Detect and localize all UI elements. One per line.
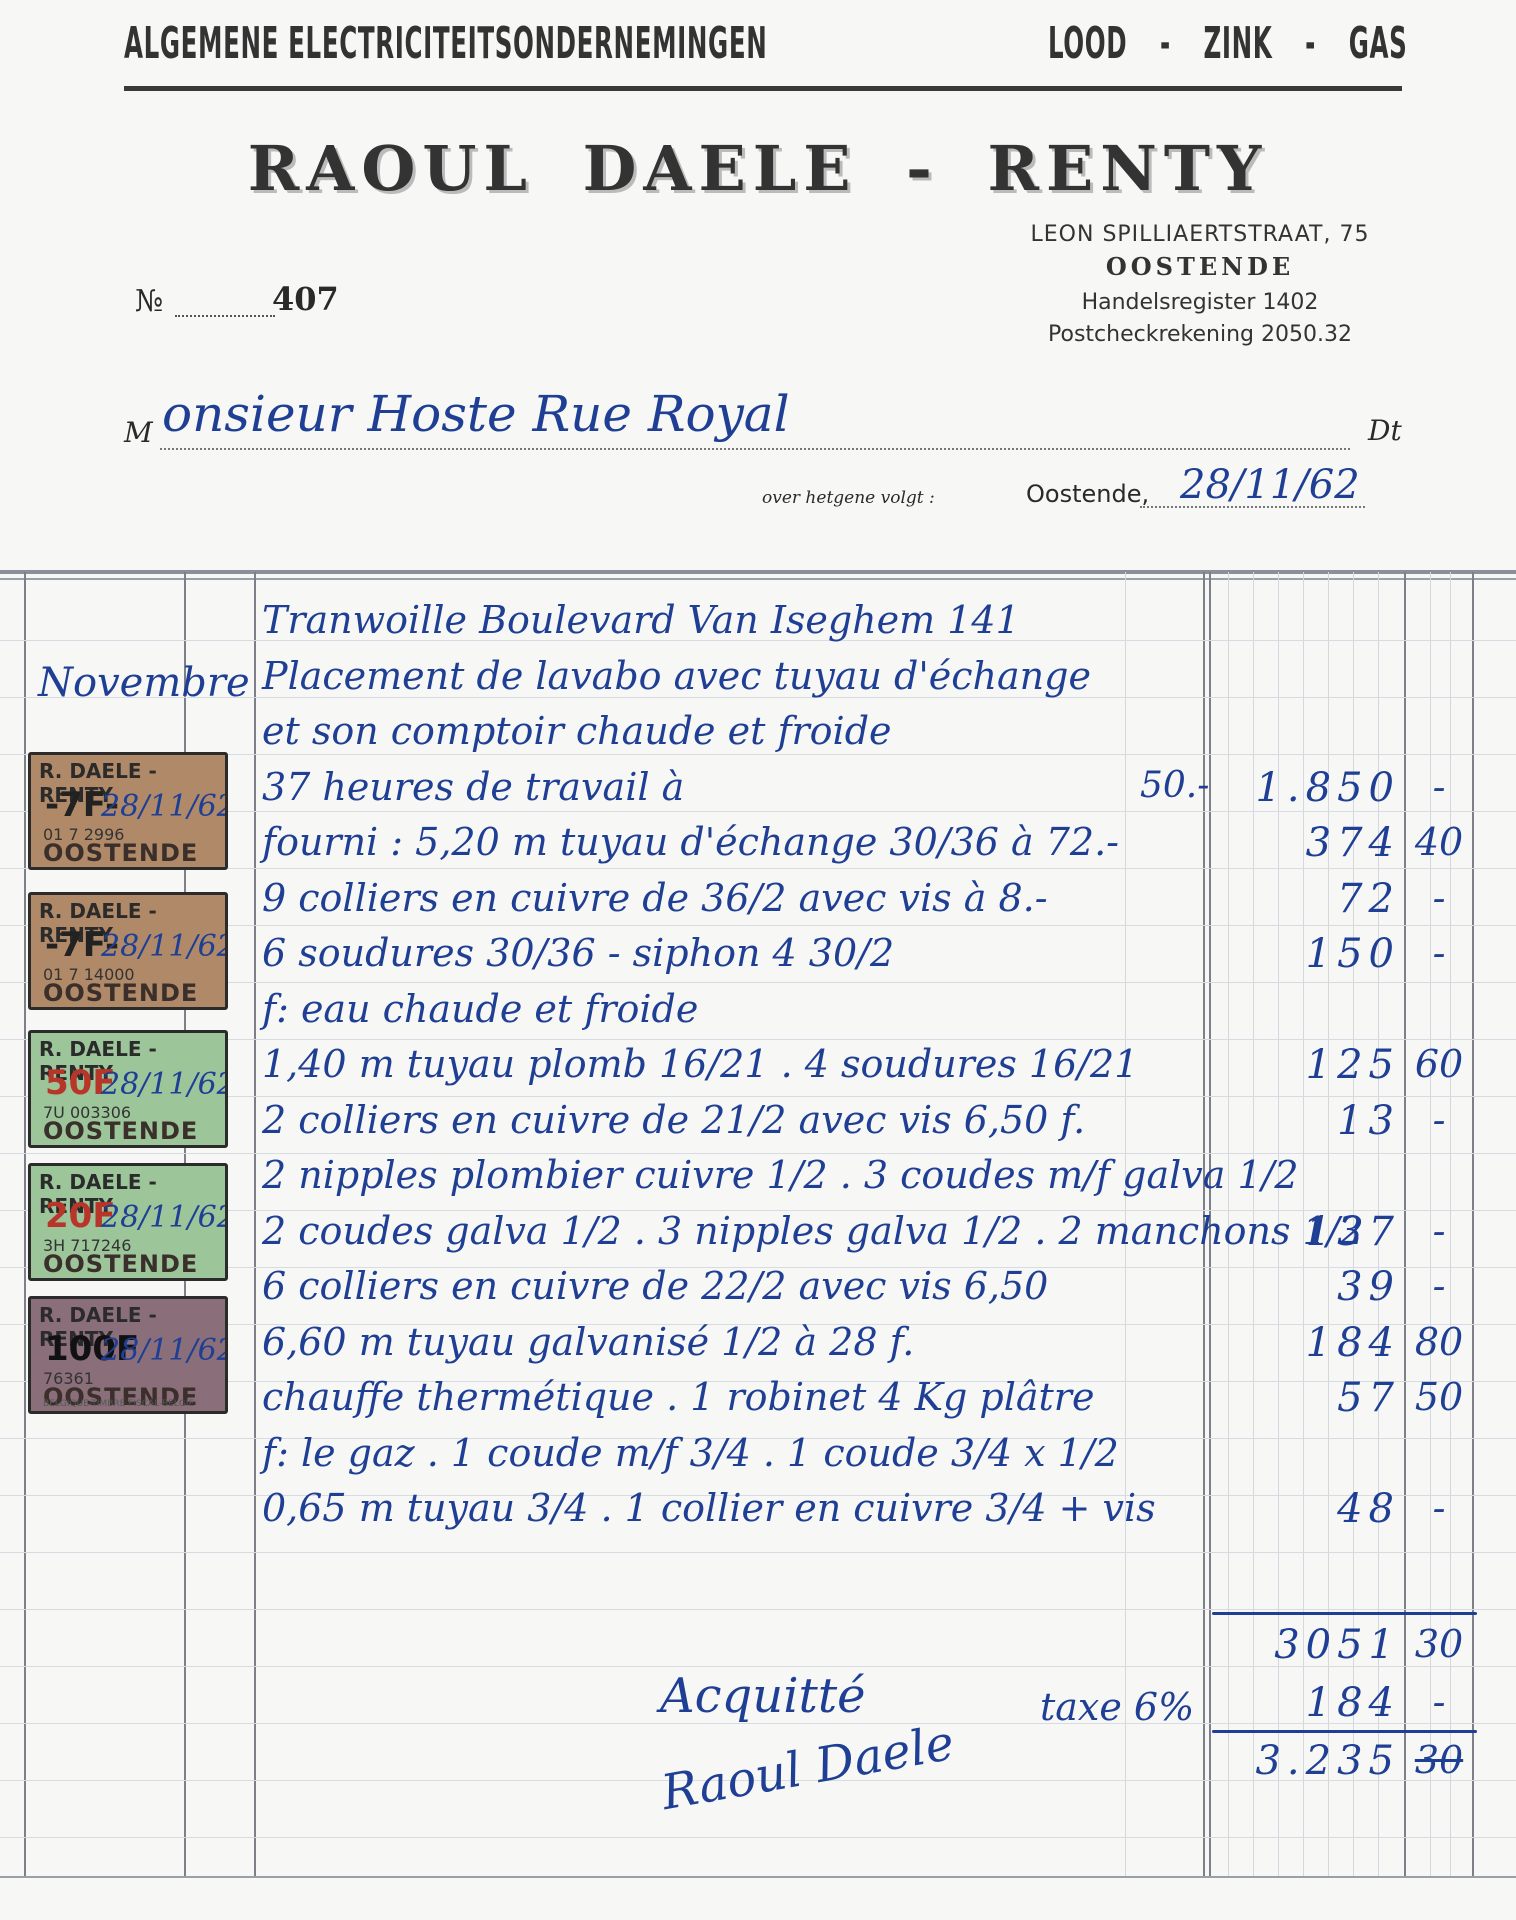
trade-heading-right: LOOD - ZINK - GAS <box>1048 18 1407 69</box>
table-bottom-rule <box>0 1876 1516 1878</box>
recipient-name: onsieur Hoste Rue Royal <box>162 385 790 443</box>
line-item-description: 2 coudes galva 1/2 . 3 nipples galva 1/2… <box>262 1209 1364 1253</box>
line-item-description: 0,65 m tuyau 3/4 . 1 collier en cuivre 3… <box>262 1486 1156 1530</box>
recipient-dots <box>160 448 1350 450</box>
stamp-city: OOSTENDE <box>43 979 198 1007</box>
line-item-description: 6,60 m tuyau galvanisé 1/2 à 28 f. <box>262 1320 914 1364</box>
table-top-rule <box>0 570 1516 574</box>
column-line <box>24 572 26 1877</box>
line-item-description: f: le gaz . 1 coude m/f 3/4 . 1 coude 3/… <box>262 1431 1119 1475</box>
number-dots <box>175 315 275 317</box>
line-item-description: 6 soudures 30/36 - siphon 4 30/2 <box>262 931 894 975</box>
line-item-description: fourni : 5,20 m tuyau d'échange 30/36 à … <box>262 820 1119 864</box>
line-item-cents: 60 <box>1408 1042 1470 1086</box>
column-line <box>1472 572 1474 1877</box>
line-item-description: 2 nipples plombier cuivre 1/2 . 3 coudes… <box>262 1153 1299 1197</box>
fiscal-stamp: R. DAELE - RENTY100F28/11/6276361OOSTEND… <box>28 1296 228 1414</box>
stamp-cancel-date: 28/11/62 <box>101 1333 228 1368</box>
stamp-cancel-date: 28/11/62 <box>101 1200 228 1235</box>
line-item-rate: 50.- <box>1140 765 1190 806</box>
row-rule <box>0 1837 1516 1838</box>
subtotal-amount: 3051 <box>1212 1622 1400 1668</box>
line-item-description: Placement de lavabo avec tuyau d'échange <box>262 654 1091 698</box>
line-item-amount: 1.850 <box>1212 765 1400 811</box>
line-item-cents: - <box>1408 1486 1470 1530</box>
line-item-amount: 57 <box>1212 1375 1400 1421</box>
line-item-cents: - <box>1408 931 1470 975</box>
line-item-description: Tranwoille Boulevard Van Iseghem 141 <box>262 598 1020 642</box>
line-item-amount: 125 <box>1212 1042 1400 1088</box>
subtotal-cents: 30 <box>1408 1622 1470 1666</box>
trade-heading-left: ALGEMENE ELECTRICITEITSONDERNEMINGEN <box>124 18 767 69</box>
line-item-cents: - <box>1408 1098 1470 1142</box>
company-street: LEON SPILLIAERTSTRAAT, 75 <box>1000 222 1400 247</box>
line-item-amount: 150 <box>1212 931 1400 977</box>
recipient-label: M <box>124 416 153 449</box>
line-item-cents: - <box>1408 765 1470 809</box>
line-item-amount: 72 <box>1212 876 1400 922</box>
total-cents: 30 <box>1408 1738 1470 1782</box>
fiscal-stamp: R. DAELE - RENTY-7F-28/11/6201 7 14000OO… <box>28 892 228 1010</box>
line-item-cents: - <box>1408 1264 1470 1308</box>
line-item-description: f: eau chaude et froide <box>262 987 698 1031</box>
stamp-cancel-date: 28/11/62 <box>101 789 228 824</box>
line-item-cents: 40 <box>1408 820 1470 864</box>
tax-cents: - <box>1408 1680 1470 1724</box>
fiscal-stamp: R. DAELE - RENTY-7F-28/11/6201 7 2996OOS… <box>28 752 228 870</box>
line-item-cents: 50 <box>1408 1375 1470 1419</box>
line-item-description: 2 colliers en cuivre de 21/2 avec vis 6,… <box>262 1098 1085 1142</box>
subtotal-rule <box>1212 1612 1477 1615</box>
stamp-city: OOSTENDE <box>43 839 198 867</box>
place-label: Oostende, <box>1026 480 1149 508</box>
line-item-description: 37 heures de travail à <box>262 765 684 809</box>
row-rule <box>0 1609 1516 1610</box>
line-item-amount: 48 <box>1212 1486 1400 1532</box>
column-line <box>254 572 256 1877</box>
line-item-cents: - <box>1408 876 1470 920</box>
postcheck-account: Postcheckrekening 2050.32 <box>1000 322 1400 347</box>
line-item-description: chauffe thermétique . 1 robinet 4 Kg plâ… <box>262 1375 1094 1419</box>
line-item-amount: 137 <box>1212 1209 1400 1255</box>
line-item-description: 1,40 m tuyau plomb 16/21 . 4 soudures 16… <box>262 1042 1138 1086</box>
stamp-cancel-date: 28/11/62 <box>101 1067 228 1102</box>
trade-register: Handelsregister 1402 <box>1000 290 1400 315</box>
line-item-amount: 13 <box>1212 1098 1400 1144</box>
company-name: RAOUL DAELE - RENTY <box>0 132 1516 205</box>
signature: Raoul Daele <box>657 1715 958 1821</box>
acquit-note: Acquitté <box>660 1668 866 1724</box>
line-item-amount: 184 <box>1212 1320 1400 1366</box>
line-item-amount: 39 <box>1212 1264 1400 1310</box>
column-line <box>1404 572 1406 1877</box>
company-city: OOSTENDE <box>1000 252 1400 281</box>
total-amount: 3.235 <box>1212 1738 1400 1784</box>
tax-amount: 184 <box>1212 1680 1400 1726</box>
line-item-cents: - <box>1408 1209 1470 1253</box>
line-item-cents: 80 <box>1408 1320 1470 1364</box>
tax-label: taxe 6% <box>1040 1685 1194 1729</box>
line-item-amount: 374 <box>1212 820 1400 866</box>
month-label: Novembre <box>38 660 250 706</box>
over-label: over hetgene volgt : <box>762 488 935 508</box>
stamp-cancel-date: 28/11/62 <box>101 929 228 964</box>
fiscal-stamp: R. DAELE - RENTY50F28/11/627U 003306OOST… <box>28 1030 228 1148</box>
total-rule <box>1212 1730 1477 1733</box>
debtor-label: Dt <box>1368 414 1402 447</box>
stamp-city: OOSTENDE <box>43 1250 198 1278</box>
stamp-footer: BELGIQUE-TIMBRE FISCAL-BELGIE <box>43 1399 194 1409</box>
table-top-rule-2 <box>0 578 1516 580</box>
line-item-description: 6 colliers en cuivre de 22/2 avec vis 6,… <box>262 1264 1048 1308</box>
line-item-description: et son comptoir chaude et froide <box>262 709 892 753</box>
row-rule <box>0 1552 1516 1553</box>
invoice-date: 28/11/62 <box>1180 462 1360 508</box>
number-label: № <box>135 284 163 319</box>
fiscal-stamp: R. DAELE - RENTY20F28/11/623H 717246OOST… <box>28 1163 228 1281</box>
invoice-number: 407 <box>272 280 339 318</box>
header-rule <box>124 86 1402 91</box>
stamp-city: OOSTENDE <box>43 1117 198 1145</box>
line-item-description: 9 colliers en cuivre de 36/2 avec vis à … <box>262 876 1048 920</box>
